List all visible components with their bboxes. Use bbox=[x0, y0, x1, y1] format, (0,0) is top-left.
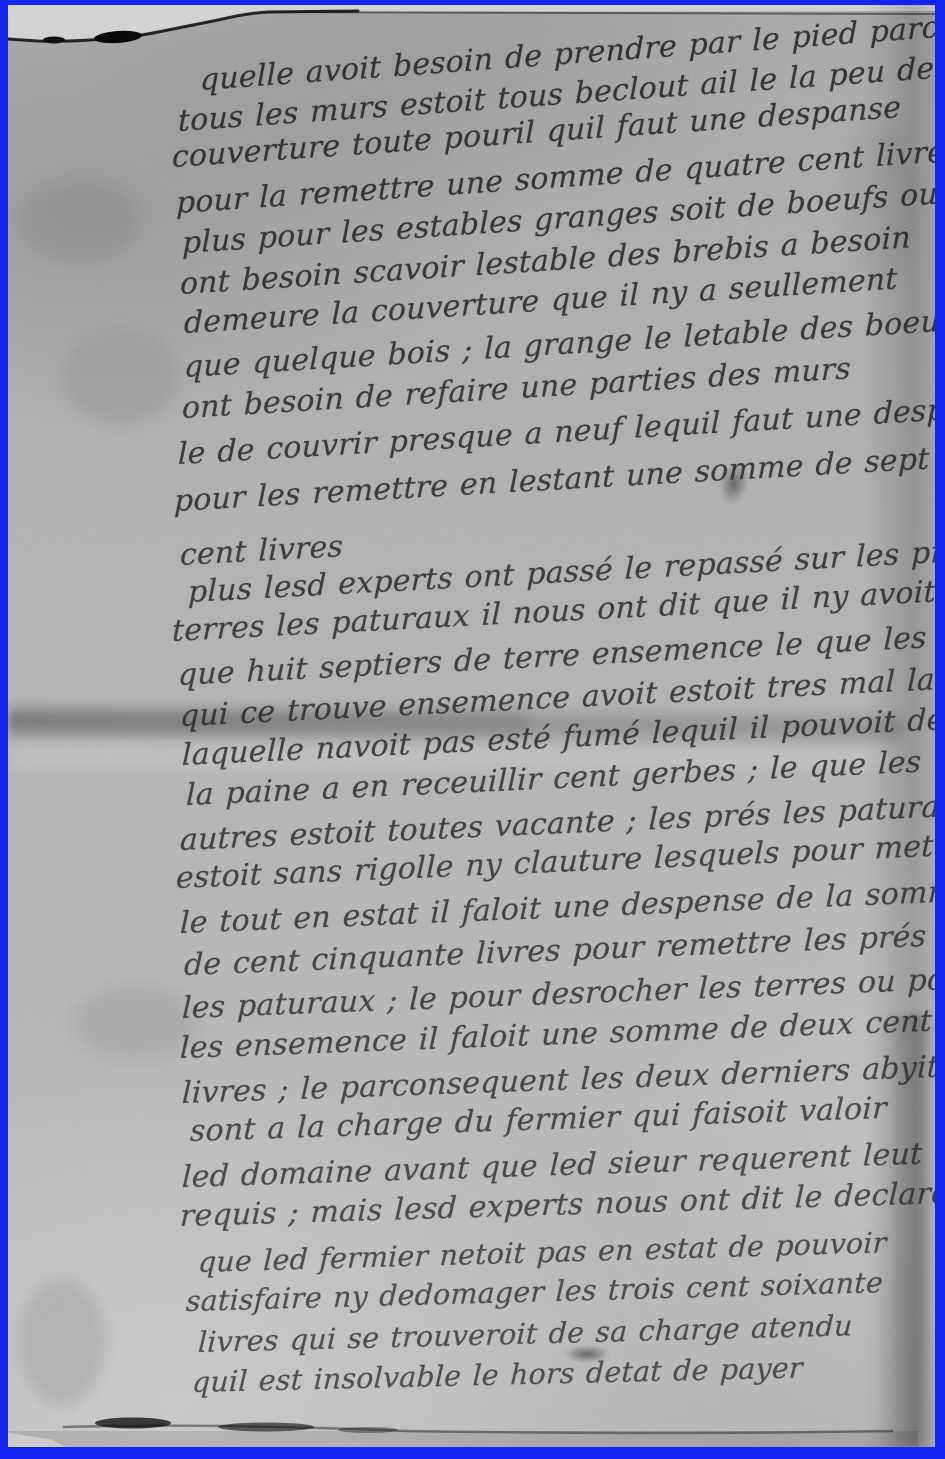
text-line: cent livres bbox=[180, 529, 344, 573]
photo-border: quelle avoit besoin de prendre par le pi… bbox=[0, 0, 945, 1459]
manuscript-page: quelle avoit besoin de prendre par le pi… bbox=[8, 5, 935, 1447]
handwritten-text: quelle avoit besoin de prendre par le pi… bbox=[8, 5, 935, 1447]
text-line: quil est insolvable le hors detat de pay… bbox=[191, 1351, 803, 1399]
